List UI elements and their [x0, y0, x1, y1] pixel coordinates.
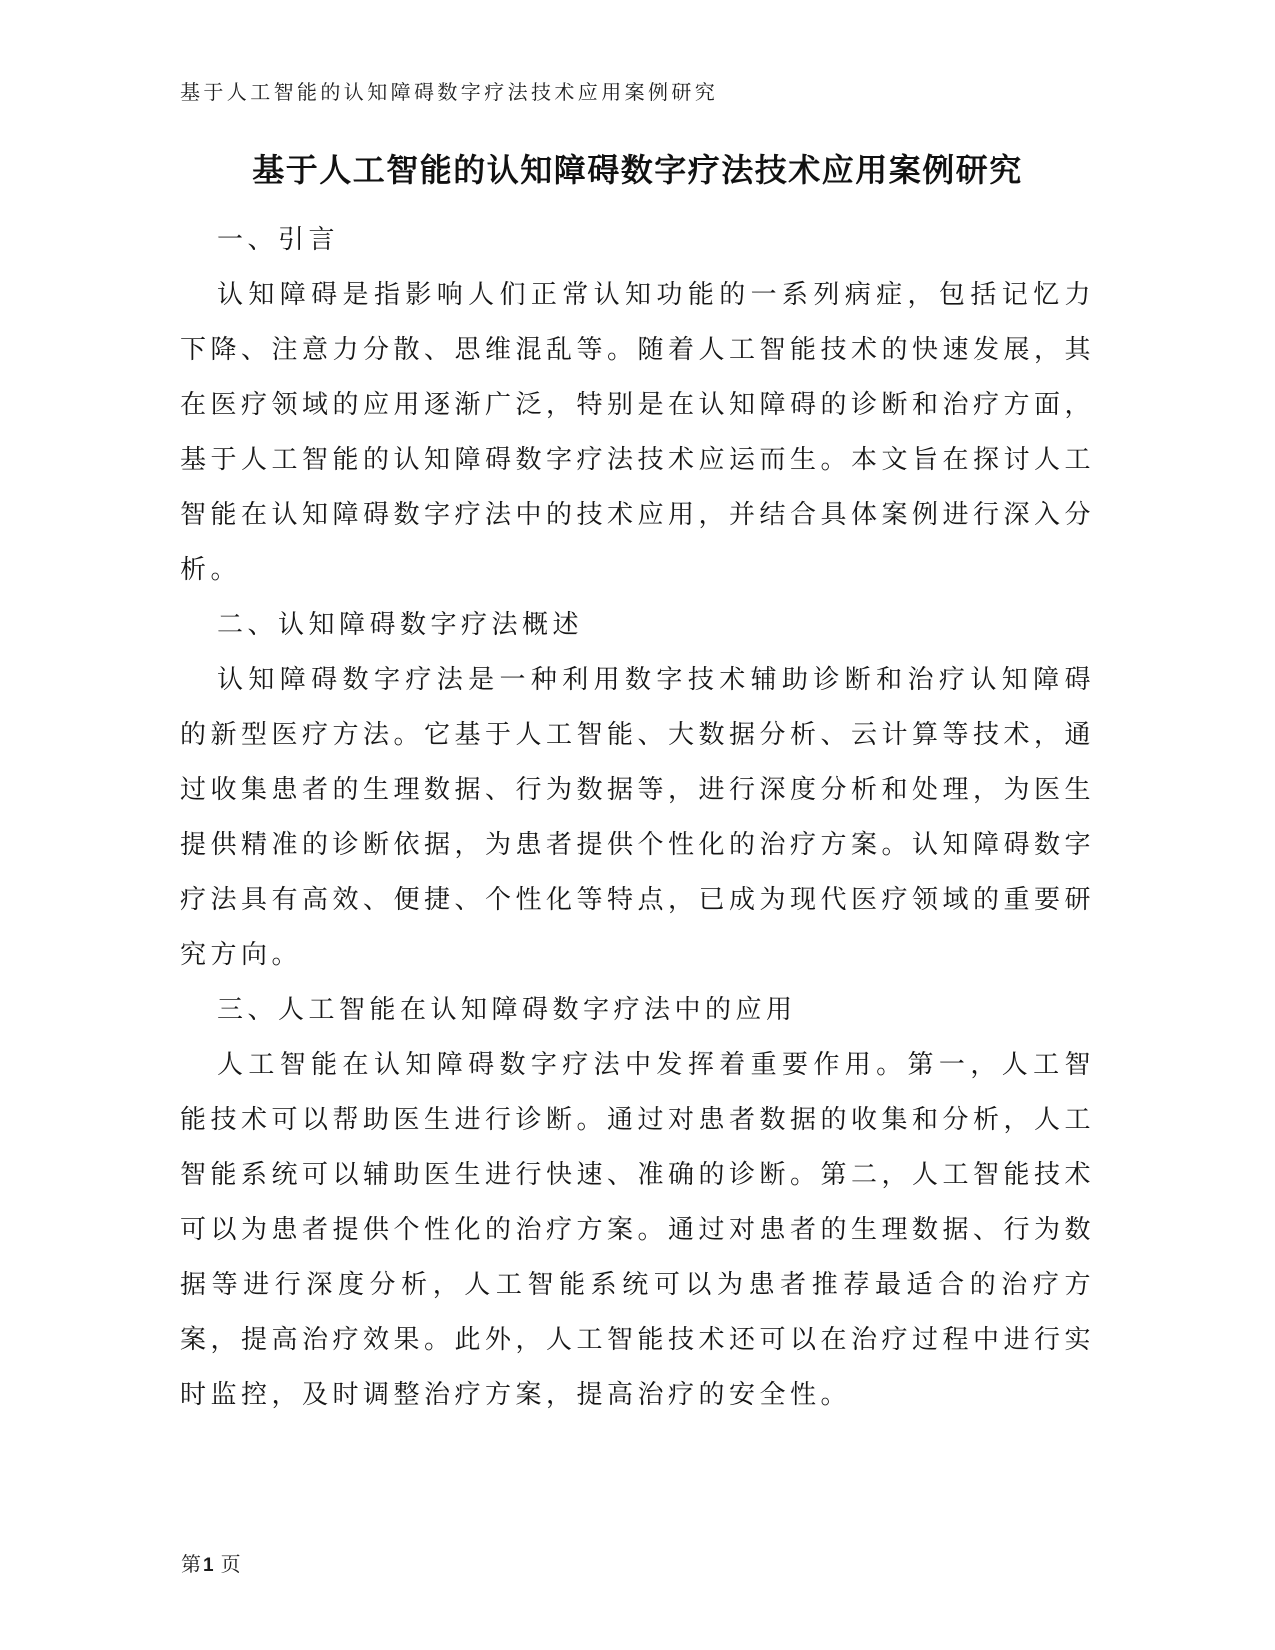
body-paragraph-1: 认知障碍是指影响人们正常认知功能的一系列病症，包括记忆力下降、注意力分散、思维混…: [180, 267, 1095, 597]
section-heading-1: 一、引言: [180, 212, 1095, 267]
document-title: 基于人工智能的认知障碍数字疗法技术应用案例研究: [180, 143, 1095, 198]
document-page: 基于人工智能的认知障碍数字疗法技术应用案例研究 基于人工智能的认知障碍数字疗法技…: [0, 0, 1275, 1650]
page-footer: 第1页: [181, 1548, 243, 1577]
body-paragraph-2: 认知障碍数字疗法是一种利用数字技术辅助诊断和治疗认知障碍的新型医疗方法。它基于人…: [180, 652, 1095, 982]
page-header-text: 基于人工智能的认知障碍数字疗法技术应用案例研究: [180, 76, 1095, 105]
footer-page-number: 1: [203, 1555, 216, 1576]
document-body: 一、引言 认知障碍是指影响人们正常认知功能的一系列病症，包括记忆力下降、注意力分…: [180, 212, 1095, 1422]
footer-page-label-prefix: 第: [181, 1554, 203, 1576]
body-paragraph-3: 人工智能在认知障碍数字疗法中发挥着重要作用。第一，人工智能技术可以帮助医生进行诊…: [180, 1037, 1095, 1422]
footer-page-label-suffix: 页: [221, 1554, 243, 1576]
section-heading-3: 三、人工智能在认知障碍数字疗法中的应用: [180, 982, 1095, 1037]
section-heading-2: 二、认知障碍数字疗法概述: [180, 597, 1095, 652]
